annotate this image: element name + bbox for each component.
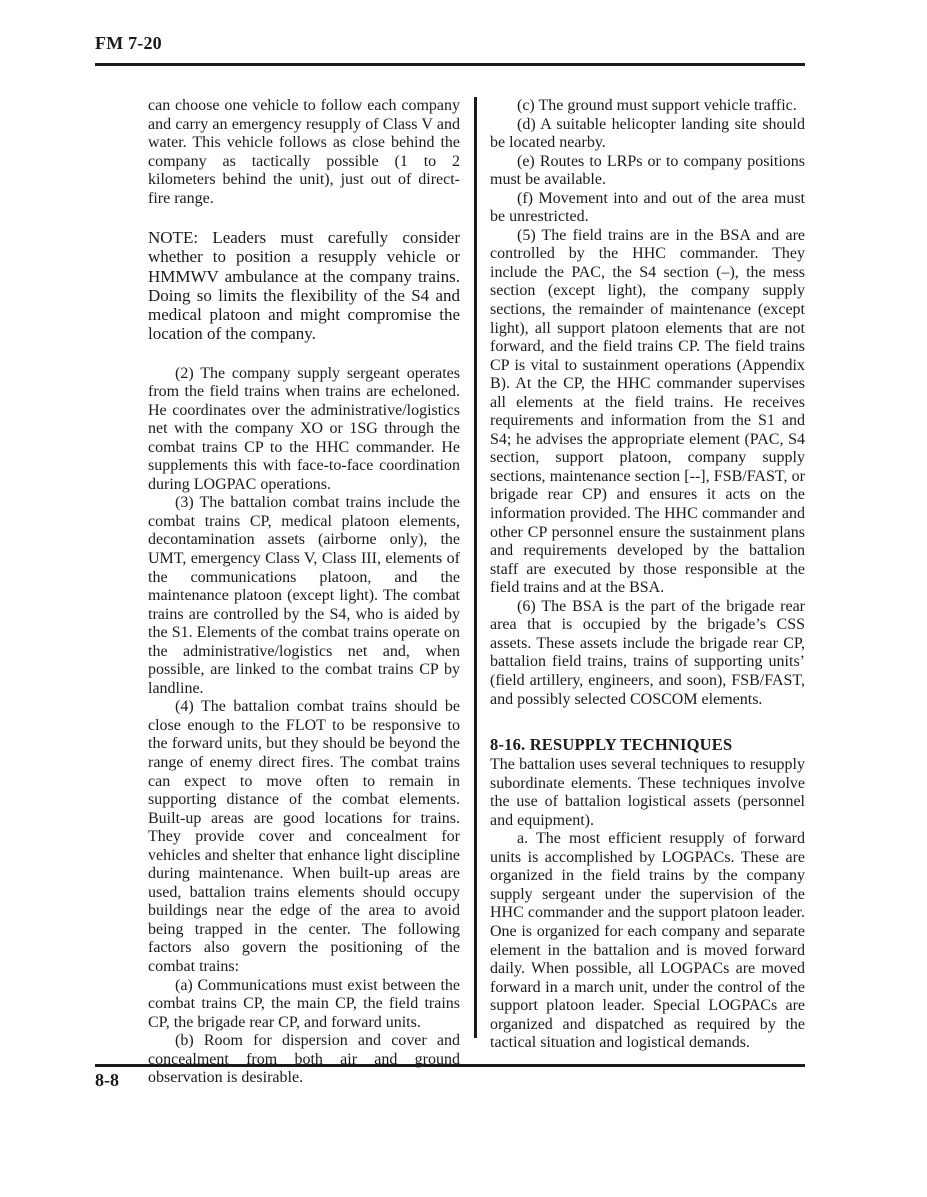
body-paragraph: can choose one vehicle to follow each co… <box>148 97 460 208</box>
body-paragraph: (b) Room for dispersion and cover and co… <box>148 1032 460 1088</box>
body-paragraph: (c) The ground must support vehicle traf… <box>490 97 805 116</box>
body-paragraph: (d) A suitable helicopter landing site s… <box>490 116 805 153</box>
header-rule <box>95 63 805 66</box>
two-column-body: can choose one vehicle to follow each co… <box>148 97 805 1088</box>
body-paragraph: (4) The battalion combat trains should b… <box>148 698 460 976</box>
note-paragraph: NOTE: Leaders must carefully consider wh… <box>148 228 460 343</box>
body-paragraph: (6) The BSA is the part of the brigade r… <box>490 598 805 709</box>
section-heading: 8-16. RESUPPLY TECHNIQUES <box>490 735 805 755</box>
right-column: (c) The ground must support vehicle traf… <box>490 97 805 1053</box>
column-divider <box>474 97 477 1038</box>
body-paragraph: The battalion uses several techniques to… <box>490 756 805 830</box>
body-paragraph: (e) Routes to LRPs or to company positio… <box>490 153 805 190</box>
body-paragraph: (f) Movement into and out of the area mu… <box>490 190 805 227</box>
body-paragraph: a. The most efficient resupply of forwar… <box>490 830 805 1053</box>
doc-id: FM 7-20 <box>95 33 162 54</box>
body-paragraph: (a) Communications must exist between th… <box>148 977 460 1033</box>
body-paragraph: (3) The battalion combat trains include … <box>148 494 460 698</box>
page-number: 8-8 <box>95 1070 119 1091</box>
footer-rule <box>95 1064 805 1067</box>
body-paragraph: (5) The field trains are in the BSA and … <box>490 227 805 598</box>
body-paragraph: (2) The company supply sergeant operates… <box>148 365 460 495</box>
document-page: FM 7-20 can choose one vehicle to follow… <box>0 0 927 1197</box>
left-column: can choose one vehicle to follow each co… <box>148 97 460 1088</box>
